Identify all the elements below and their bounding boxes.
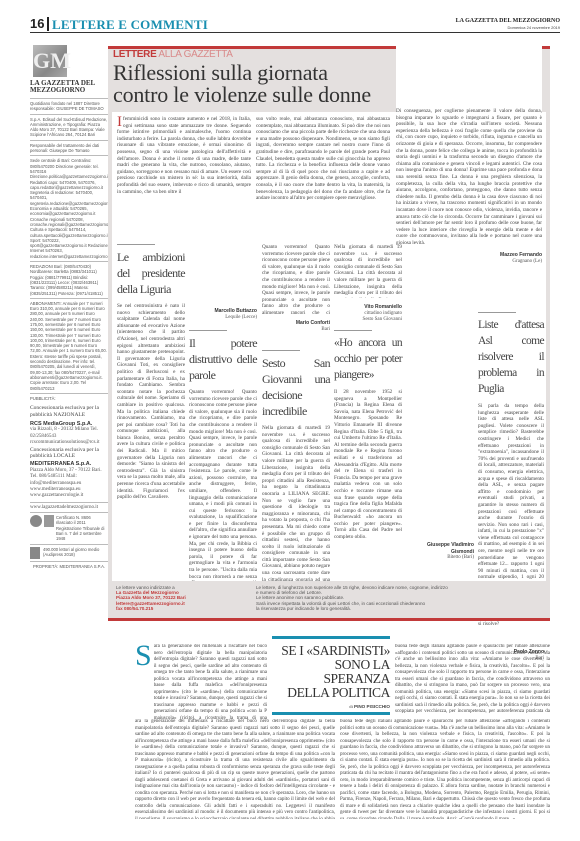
main-letter-col-3: Di conseguenza, per coglierne pienamente… (396, 46, 542, 266)
signature: Vito Romaniello (334, 304, 402, 311)
section-title: LETTERE E COMMENTI (52, 17, 208, 32)
letter-liguria: Le ambizioni del presidente della Liguri… (117, 244, 185, 593)
signature-city: Gragnano (Le) (396, 259, 542, 266)
article-col-left-top: Sarà la generazione dei millenials a ris… (135, 644, 267, 720)
pubblicita-label: PUBBLICITÀ: (30, 393, 108, 403)
audipress-logo-icon (30, 547, 40, 559)
rcs-address: via Rizzoli, 8 - 20132 Milano Tel. 02/25… (30, 427, 108, 446)
main-letter-col-2: suo volto reale, mai abbastanza conosciu… (256, 116, 390, 202)
newspaper-logo-icon: GM (33, 45, 67, 77)
colophon-block: REDAZIONI Bari: (080/5470430) Nordbarese… (30, 261, 108, 298)
letter-title: Liste d'attesa Asl come risolvere il pro… (478, 317, 544, 397)
red-rule (108, 618, 550, 621)
colophon-block: S.p.A. Edisud del Sud-Edisud Redazione, … (30, 114, 108, 140)
masthead: LA GAZZETTA DEL MEZZOGIORNO (456, 18, 560, 24)
letter-title: Le ambizioni del presidente della Liguri… (117, 249, 185, 297)
letter-title: Il potere distruttivo delle parole (189, 335, 257, 383)
certification-seal-icon (30, 515, 42, 527)
letters-section: LETTERE ALLA GAZZETTA Riflessioni sulla … (108, 46, 550, 581)
letter-occhio-end: Giuseppe Vladimiro Gismondi Bitetto (Bar… (406, 472, 474, 562)
letter-occhio: «Ho ancora un occhio per poter piangere»… (334, 330, 402, 589)
letters-info-box: Le lettere vanno indirizzate a La Gazzet… (108, 581, 550, 621)
signature: Mario Conforti (262, 320, 330, 327)
article-byline: di PINO PISICCHIO (272, 704, 390, 709)
fieg-logo-icon (44, 515, 54, 527)
issue-date: Domenica 24 novembre 2019 (508, 25, 560, 30)
signature: Giuseppe Vladimiro Gismondi (406, 542, 474, 555)
colophon-block: Responsabile del trattamento dei dati pe… (30, 140, 108, 156)
colophon-sidebar: GM LA GAZZETTA DEL MEZZOGIORNO Quotidian… (30, 45, 108, 571)
signature-city: cittadino indignato (334, 311, 402, 318)
letter-title: «Ho ancora un occhio per poter piangere» (334, 335, 402, 383)
national-ads: Concessionaria esclusiva per la pubblici… (30, 405, 108, 418)
article-headline-box: SE I «SARDINISTI» SONO LA SPERANZA DELLA… (272, 636, 390, 714)
signature-city: Lequile (Lecce) (189, 315, 257, 322)
colophon-block: Sede centrale di Bari: Centralino: 080/5… (30, 155, 108, 261)
colophon-block: ABBONAMENTI: Annuale per 7 numeri Euro 3… (30, 298, 108, 393)
certificate-text: Certificato N. 8606 rilasciato il 2011 R… (56, 515, 108, 541)
page-number: 16 (30, 17, 49, 31)
ownership: PROPRIETÀ: MEDITERRANEA S.P.A. (30, 561, 108, 571)
signature-city: Bari (262, 327, 330, 334)
website-link[interactable]: www.lagazzettadelmezzogiorno.it (30, 502, 108, 512)
colophon-block: Quotidiano fondato nel 1887 Direttore re… (30, 98, 108, 114)
article-col-right-top: buona fede degli italiani agitando paure… (395, 644, 550, 714)
main-letter-col-1: Ifemminicidi sono in costante aumento e … (117, 116, 251, 195)
letter-sesto-end: Nella giornata di martedì 19 novembre u.… (334, 244, 402, 324)
main-letter-title: Riflessioni sulla giornata contro le vio… (113, 62, 371, 106)
letter-potere: Il potere distruttivo delle parole Quant… (189, 330, 257, 599)
letter-liguria-end: Marcello Buttazzo Lequile (Lecce) (189, 244, 257, 321)
page-header: 16 LETTERE E COMMENTI LA GAZZETTA DEL ME… (30, 17, 560, 33)
section-kicker: LETTERE ALLA GAZZETTA (113, 50, 233, 60)
article-title: SE I «SARDINISTI» SONO LA SPERANZA DELLA… (272, 644, 390, 700)
letter-potere-end: Quanto vorremmo! Quanto vorremmo ricever… (262, 244, 330, 333)
letters-body: Ifemminicidi sono in costante aumento e … (112, 112, 546, 592)
letter-title: Sesto San Giovanni una decisione incredi… (262, 355, 330, 419)
readers-count: 490.000 lettori al giorno medio (Audipre… (43, 547, 108, 559)
signature: Mazzeo Fernando (396, 252, 542, 259)
logo-name: LA GAZZETTA DEL MEZZOGIORNO (30, 80, 108, 94)
mediterranea-address: Piazza Aldo Moro, 37 - 70122 Bari. Tel. … (30, 468, 108, 500)
blue-rule (272, 636, 390, 639)
signature: Marcello Buttazzo (189, 308, 257, 315)
signature-city: Bitetto (Bari) (406, 555, 474, 562)
article-col-right: buona fede degli italiani agitando paure… (340, 719, 550, 819)
local-ads: Concessionaria esclusiva per la pubblici… (30, 447, 108, 460)
article-dropcap: S (135, 644, 152, 668)
article-col-left: arà la generazione dei millenials a risc… (135, 719, 335, 819)
